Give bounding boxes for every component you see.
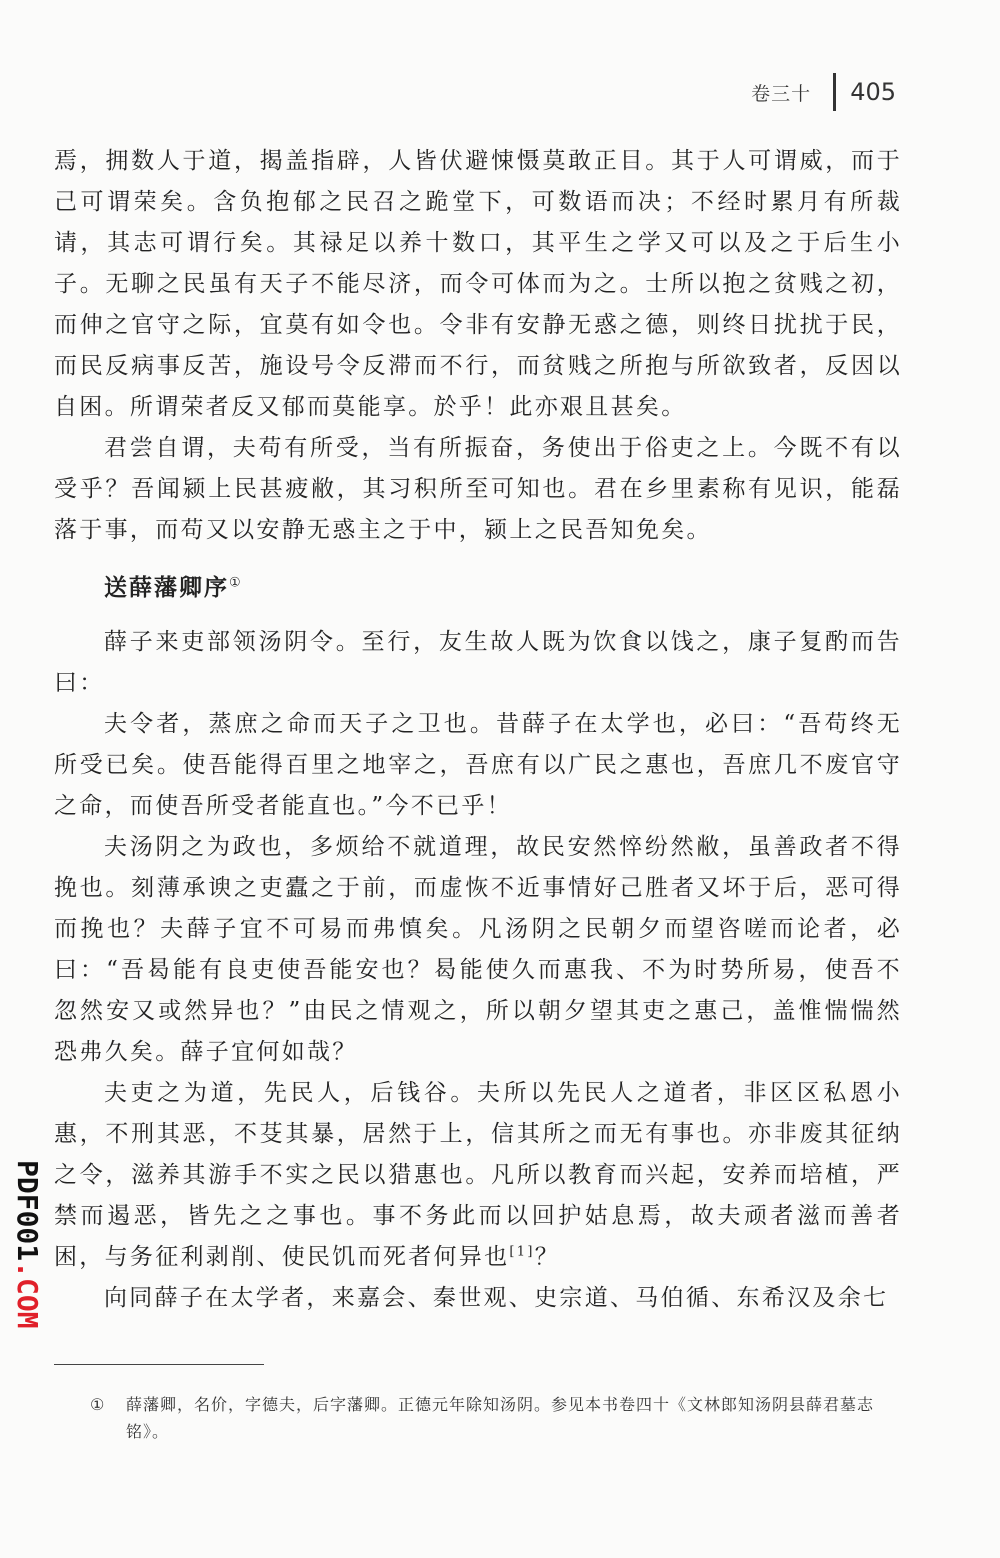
header-divider: [833, 73, 836, 111]
paragraph: 向同薛子在太学者，来嘉会、秦世观、史宗道、马伯循、东希汉及余七: [54, 1278, 902, 1319]
paragraph-text: 夫吏之为道，先民人，后钱谷。夫所以先民人之道者，非区区私恩小惠，不刑其恶，不芟其…: [54, 1080, 902, 1270]
paragraph: 君尝自谓，夫苟有所受，当有所振奋，务使出于俗吏之上。今既不有以受乎？吾闻颍上民甚…: [54, 428, 902, 551]
endnote-ref[interactable]: [1]: [509, 1244, 534, 1259]
footnote-text: 薛藩卿，名价，字德夫，后字藩卿。正德元年除知汤阴。参见本书卷四十《文林郎知汤阴县…: [126, 1391, 902, 1445]
footnote-ref[interactable]: ①: [229, 575, 243, 590]
watermark-suffix: .COM: [11, 1261, 44, 1328]
watermark-main: PDF001: [11, 1160, 44, 1261]
section-title-text: 送薛藩卿序: [104, 575, 229, 601]
paragraph: 夫令者，蒸庶之命而天子之卫也。昔薛子在太学也，必曰：“吾苟终无所受已矣。使吾能得…: [54, 704, 902, 827]
main-text: 焉，拥数人于道，揭盖指辟，人皆伏避悚慑莫敢正目。其于人可谓威，而于己可谓荣矣。含…: [54, 141, 902, 1319]
paragraph-tail: ？: [535, 1244, 560, 1270]
footnote: ① 薛藩卿，名价，字德夫，后字藩卿。正德元年除知汤阴。参见本书卷四十《文林郎知汤…: [90, 1391, 902, 1445]
running-header: 卷三十 405: [751, 72, 896, 112]
chapter-label: 卷三十: [751, 79, 811, 106]
footnote-divider: [54, 1364, 264, 1365]
watermark: PDF001.COM: [4, 1160, 44, 1350]
footnote-mark: ①: [90, 1391, 126, 1445]
paragraph: 夫吏之为道，先民人，后钱谷。夫所以先民人之道者，非区区私恩小惠，不刑其恶，不芟其…: [54, 1073, 902, 1278]
section-title: 送薛藩卿序①: [104, 568, 902, 609]
paragraph: 夫汤阴之为政也，多烦给不就道理，故民安然悴纷然敝，虽善政者不得挽也。刻薄承谀之吏…: [54, 827, 902, 1073]
paragraph: 焉，拥数人于道，揭盖指辟，人皆伏避悚慑莫敢正目。其于人可谓威，而于己可谓荣矣。含…: [54, 141, 902, 428]
page-number: 405: [850, 78, 896, 106]
paragraph: 薛子来吏部领汤阴令。至行，友生故人既为饮食以饯之，康子复酌而告曰：: [54, 622, 902, 704]
